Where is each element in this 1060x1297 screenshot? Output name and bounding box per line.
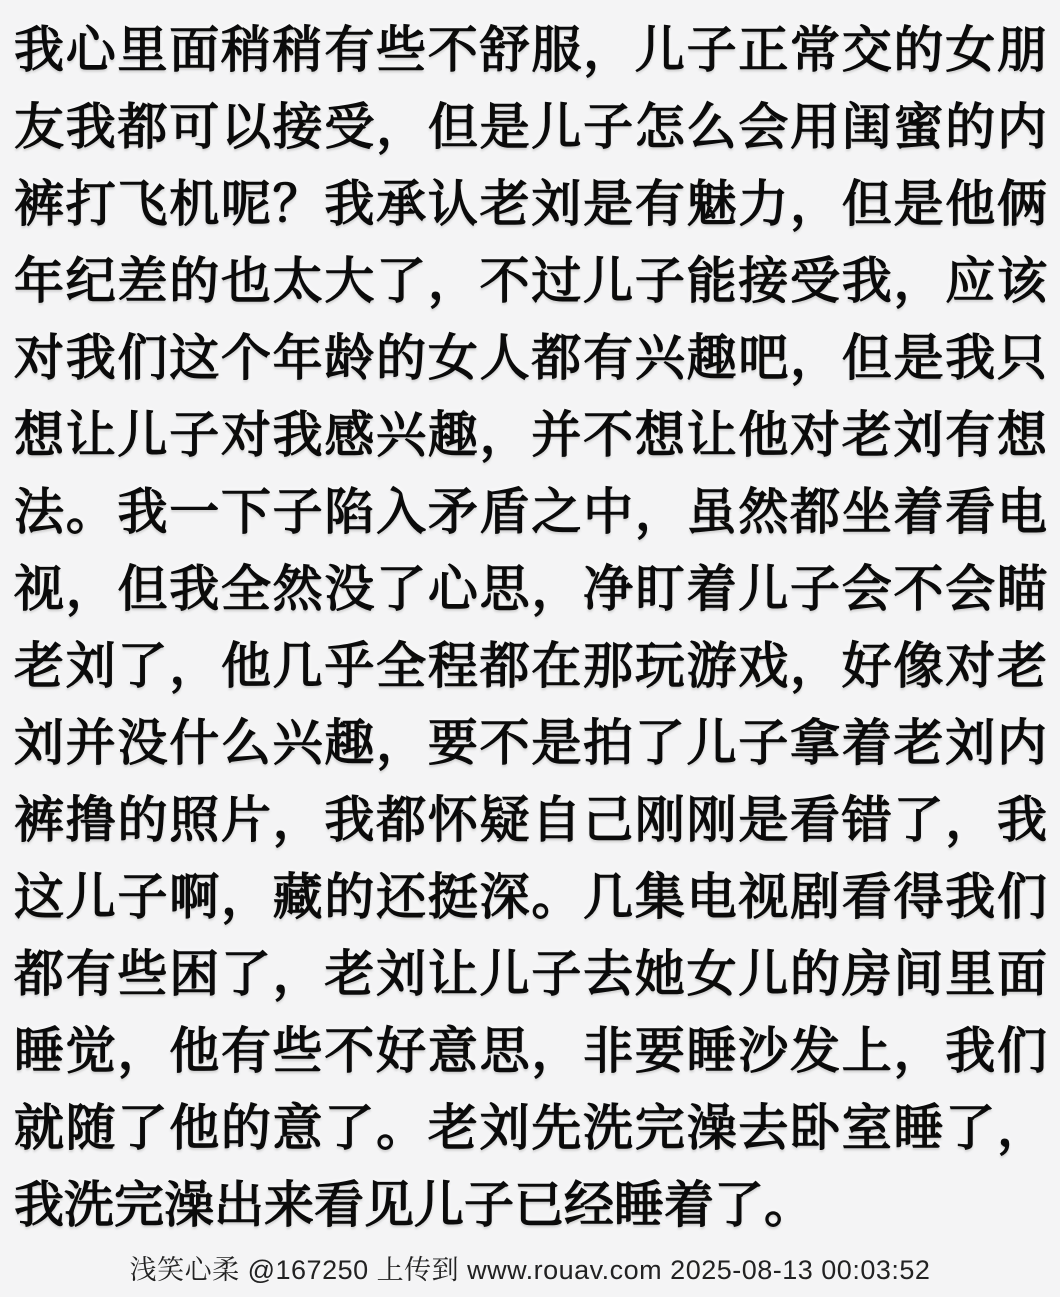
story-line: 这儿子啊，藏的还挺深。几集电视剧看得我们 (14, 859, 1047, 936)
story-line: 友我都可以接受，但是儿子怎么会用闺蜜的内 (14, 89, 1047, 166)
story-line: 都有些困了，老刘让儿子去她女儿的房间里面 (14, 936, 1047, 1013)
watermark: 浅笑心柔 @167250 上传到 www.rouav.com 2025-08-1… (0, 1253, 1060, 1287)
story-line: 就随了他的意了。老刘先洗完澡去卧室睡了， (14, 1090, 1047, 1167)
story-line: 刘并没什么兴趣，要不是拍了儿子拿着老刘内 (14, 705, 1047, 782)
story-line: 老刘了，他几乎全程都在那玩游戏，好像对老 (14, 628, 1047, 705)
story-line: 法。我一下子陷入矛盾之中，虽然都坐着看电 (14, 474, 1047, 551)
story-line: 视，但我全然没了心思，净盯着儿子会不会瞄 (14, 551, 1047, 628)
story-line: 年纪差的也太大了，不过儿子能接受我，应该 (14, 243, 1047, 320)
story-line: 我洗完澡出来看见儿子已经睡着了。 (14, 1167, 1047, 1244)
story-line: 我心里面稍稍有些不舒服，儿子正常交的女朋 (14, 12, 1047, 89)
text-page: 我心里面稍稍有些不舒服，儿子正常交的女朋 友我都可以接受，但是儿子怎么会用闺蜜的… (0, 0, 1060, 1297)
story-line: 裤打飞机呢？我承认老刘是有魅力，但是他俩 (14, 166, 1047, 243)
story-line: 裤撸的照片，我都怀疑自己刚刚是看错了，我 (14, 782, 1047, 859)
story-line: 对我们这个年龄的女人都有兴趣吧，但是我只 (14, 320, 1047, 397)
story-line: 想让儿子对我感兴趣，并不想让他对老刘有想 (14, 397, 1047, 474)
story-line: 睡觉，他有些不好意思，非要睡沙发上，我们 (14, 1013, 1047, 1090)
story-text: 我心里面稍稍有些不舒服，儿子正常交的女朋 友我都可以接受，但是儿子怎么会用闺蜜的… (0, 0, 1060, 1244)
